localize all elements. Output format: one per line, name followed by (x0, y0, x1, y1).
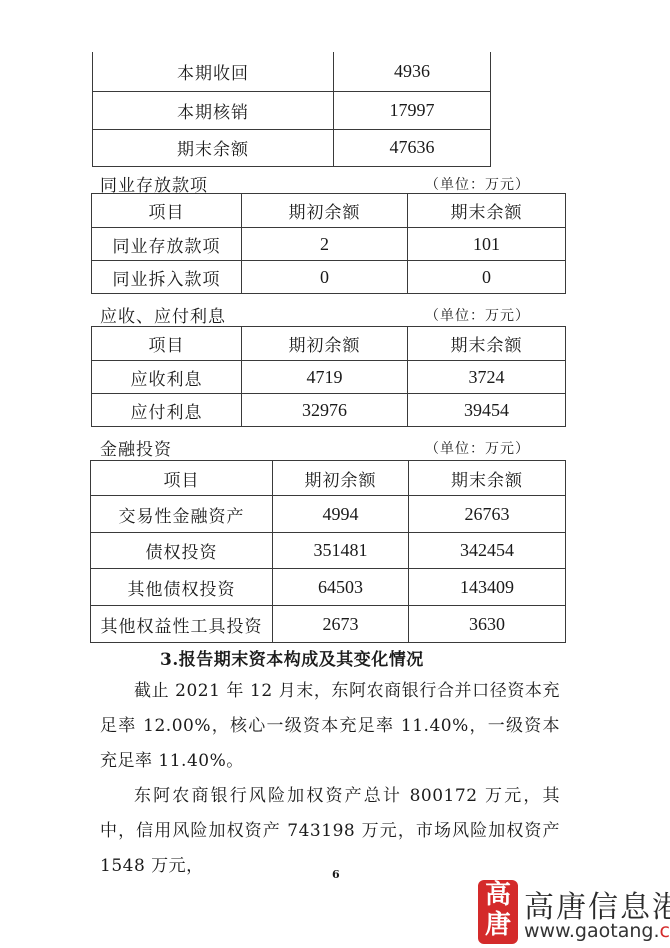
cell-end: 0 (408, 261, 566, 294)
interest-unit: （单位：万元） (425, 305, 530, 325)
table-row: 应付利息 32976 39454 (92, 394, 566, 427)
url-main: www.gaotang. (524, 920, 659, 942)
cell-item: 交易性金融资产 (91, 496, 273, 533)
brand-url: www.gaotang.cc (524, 920, 670, 942)
investment-unit: （单位：万元） (425, 438, 530, 458)
paragraph-text: 东阿农商银行风险加权资产总计 800172 万元，其中，信用风险加权资产 743… (100, 786, 560, 876)
table-row: 债权投资 351481 342454 (91, 533, 566, 569)
header-end: 期末余额 (408, 327, 566, 361)
cell-begin: 32976 (242, 394, 408, 427)
seal-icon: 高 唐 (478, 880, 518, 944)
cell-end: 101 (408, 228, 566, 261)
header-end: 期末余额 (409, 461, 566, 496)
cell-begin: 2 (242, 228, 408, 261)
table-row: 同业存放款项 2 101 (92, 228, 566, 261)
header-begin: 期初余额 (273, 461, 409, 496)
table-row: 本期收回 4936 (93, 52, 491, 91)
header-item: 项目 (91, 461, 273, 496)
cell-item: 其他权益性工具投资 (91, 606, 273, 643)
investment-caption: 金融投资 (100, 435, 172, 460)
cell-begin: 4719 (242, 361, 408, 394)
header-begin: 期初余额 (242, 327, 408, 361)
table-header-row: 项目 期初余额 期末余额 (92, 327, 566, 361)
row-value: 4936 (334, 52, 491, 91)
header-begin: 期初余额 (242, 194, 408, 228)
url-tld: cc (659, 920, 670, 942)
interbank-unit: （单位：万元） (425, 174, 530, 194)
capital-adequacy-paragraph: 截止 2021 年 12 月末，东阿农商银行合并口径资本充足率 12.00%，核… (100, 674, 560, 779)
seal-char: 唐 (478, 910, 518, 940)
row-value: 47636 (334, 129, 491, 166)
risk-weighted-assets-paragraph: 东阿农商银行风险加权资产总计 800172 万元，其中，信用风险加权资产 743… (100, 779, 560, 884)
table-row: 同业拆入款项 0 0 (92, 261, 566, 294)
row-label: 本期收回 (93, 52, 334, 91)
table-header-row: 项目 期初余额 期末余额 (92, 194, 566, 228)
document-page: 本期收回 4936 本期核销 17997 期末余额 47636 同业存放款项 （… (0, 0, 670, 948)
seal-char: 高 (478, 880, 518, 910)
cell-item: 应收利息 (92, 361, 242, 394)
table-row: 交易性金融资产 4994 26763 (91, 496, 566, 533)
table-row: 应收利息 4719 3724 (92, 361, 566, 394)
cell-end: 342454 (409, 533, 566, 569)
table-row: 本期核销 17997 (93, 91, 491, 129)
cell-begin: 64503 (273, 569, 409, 606)
interest-table: 项目 期初余额 期末余额 应收利息 4719 3724 应付利息 32976 3… (91, 326, 566, 427)
cell-end: 26763 (409, 496, 566, 533)
cell-end: 3724 (408, 361, 566, 394)
table-row: 其他权益性工具投资 2673 3630 (91, 606, 566, 643)
row-label: 本期核销 (93, 91, 334, 129)
cell-end: 143409 (409, 569, 566, 606)
paragraph-text: 截止 2021 年 12 月末，东阿农商银行合并口径资本充足率 12.00%，核… (100, 681, 560, 771)
cell-begin: 0 (242, 261, 408, 294)
section-heading: 3.报告期末资本构成及其变化情况 (160, 645, 424, 670)
cell-begin: 2673 (273, 606, 409, 643)
header-item: 项目 (92, 194, 242, 228)
cell-item: 同业存放款项 (92, 228, 242, 261)
cell-item: 债权投资 (91, 533, 273, 569)
table-row: 其他债权投资 64503 143409 (91, 569, 566, 606)
site-watermark-logo: 高 唐 高唐信息港 www.gaotang.cc (478, 880, 668, 946)
header-end: 期末余额 (408, 194, 566, 228)
cell-item: 其他债权投资 (91, 569, 273, 606)
interbank-table: 项目 期初余额 期末余额 同业存放款项 2 101 同业拆入款项 0 0 (91, 193, 566, 294)
row-value: 17997 (334, 91, 491, 129)
cell-begin: 4994 (273, 496, 409, 533)
table-row: 期末余额 47636 (93, 129, 491, 166)
row-label: 期末余额 (93, 129, 334, 166)
bad-debt-table: 本期收回 4936 本期核销 17997 期末余额 47636 (92, 52, 491, 167)
investment-table: 项目 期初余额 期末余额 交易性金融资产 4994 26763 债权投资 351… (90, 460, 566, 643)
page-number: 6 (332, 868, 340, 881)
cell-item: 同业拆入款项 (92, 261, 242, 294)
cell-end: 39454 (408, 394, 566, 427)
cell-end: 3630 (409, 606, 566, 643)
interest-caption: 应收、应付利息 (100, 302, 226, 327)
table-header-row: 项目 期初余额 期末余额 (91, 461, 566, 496)
cell-begin: 351481 (273, 533, 409, 569)
header-item: 项目 (92, 327, 242, 361)
cell-item: 应付利息 (92, 394, 242, 427)
